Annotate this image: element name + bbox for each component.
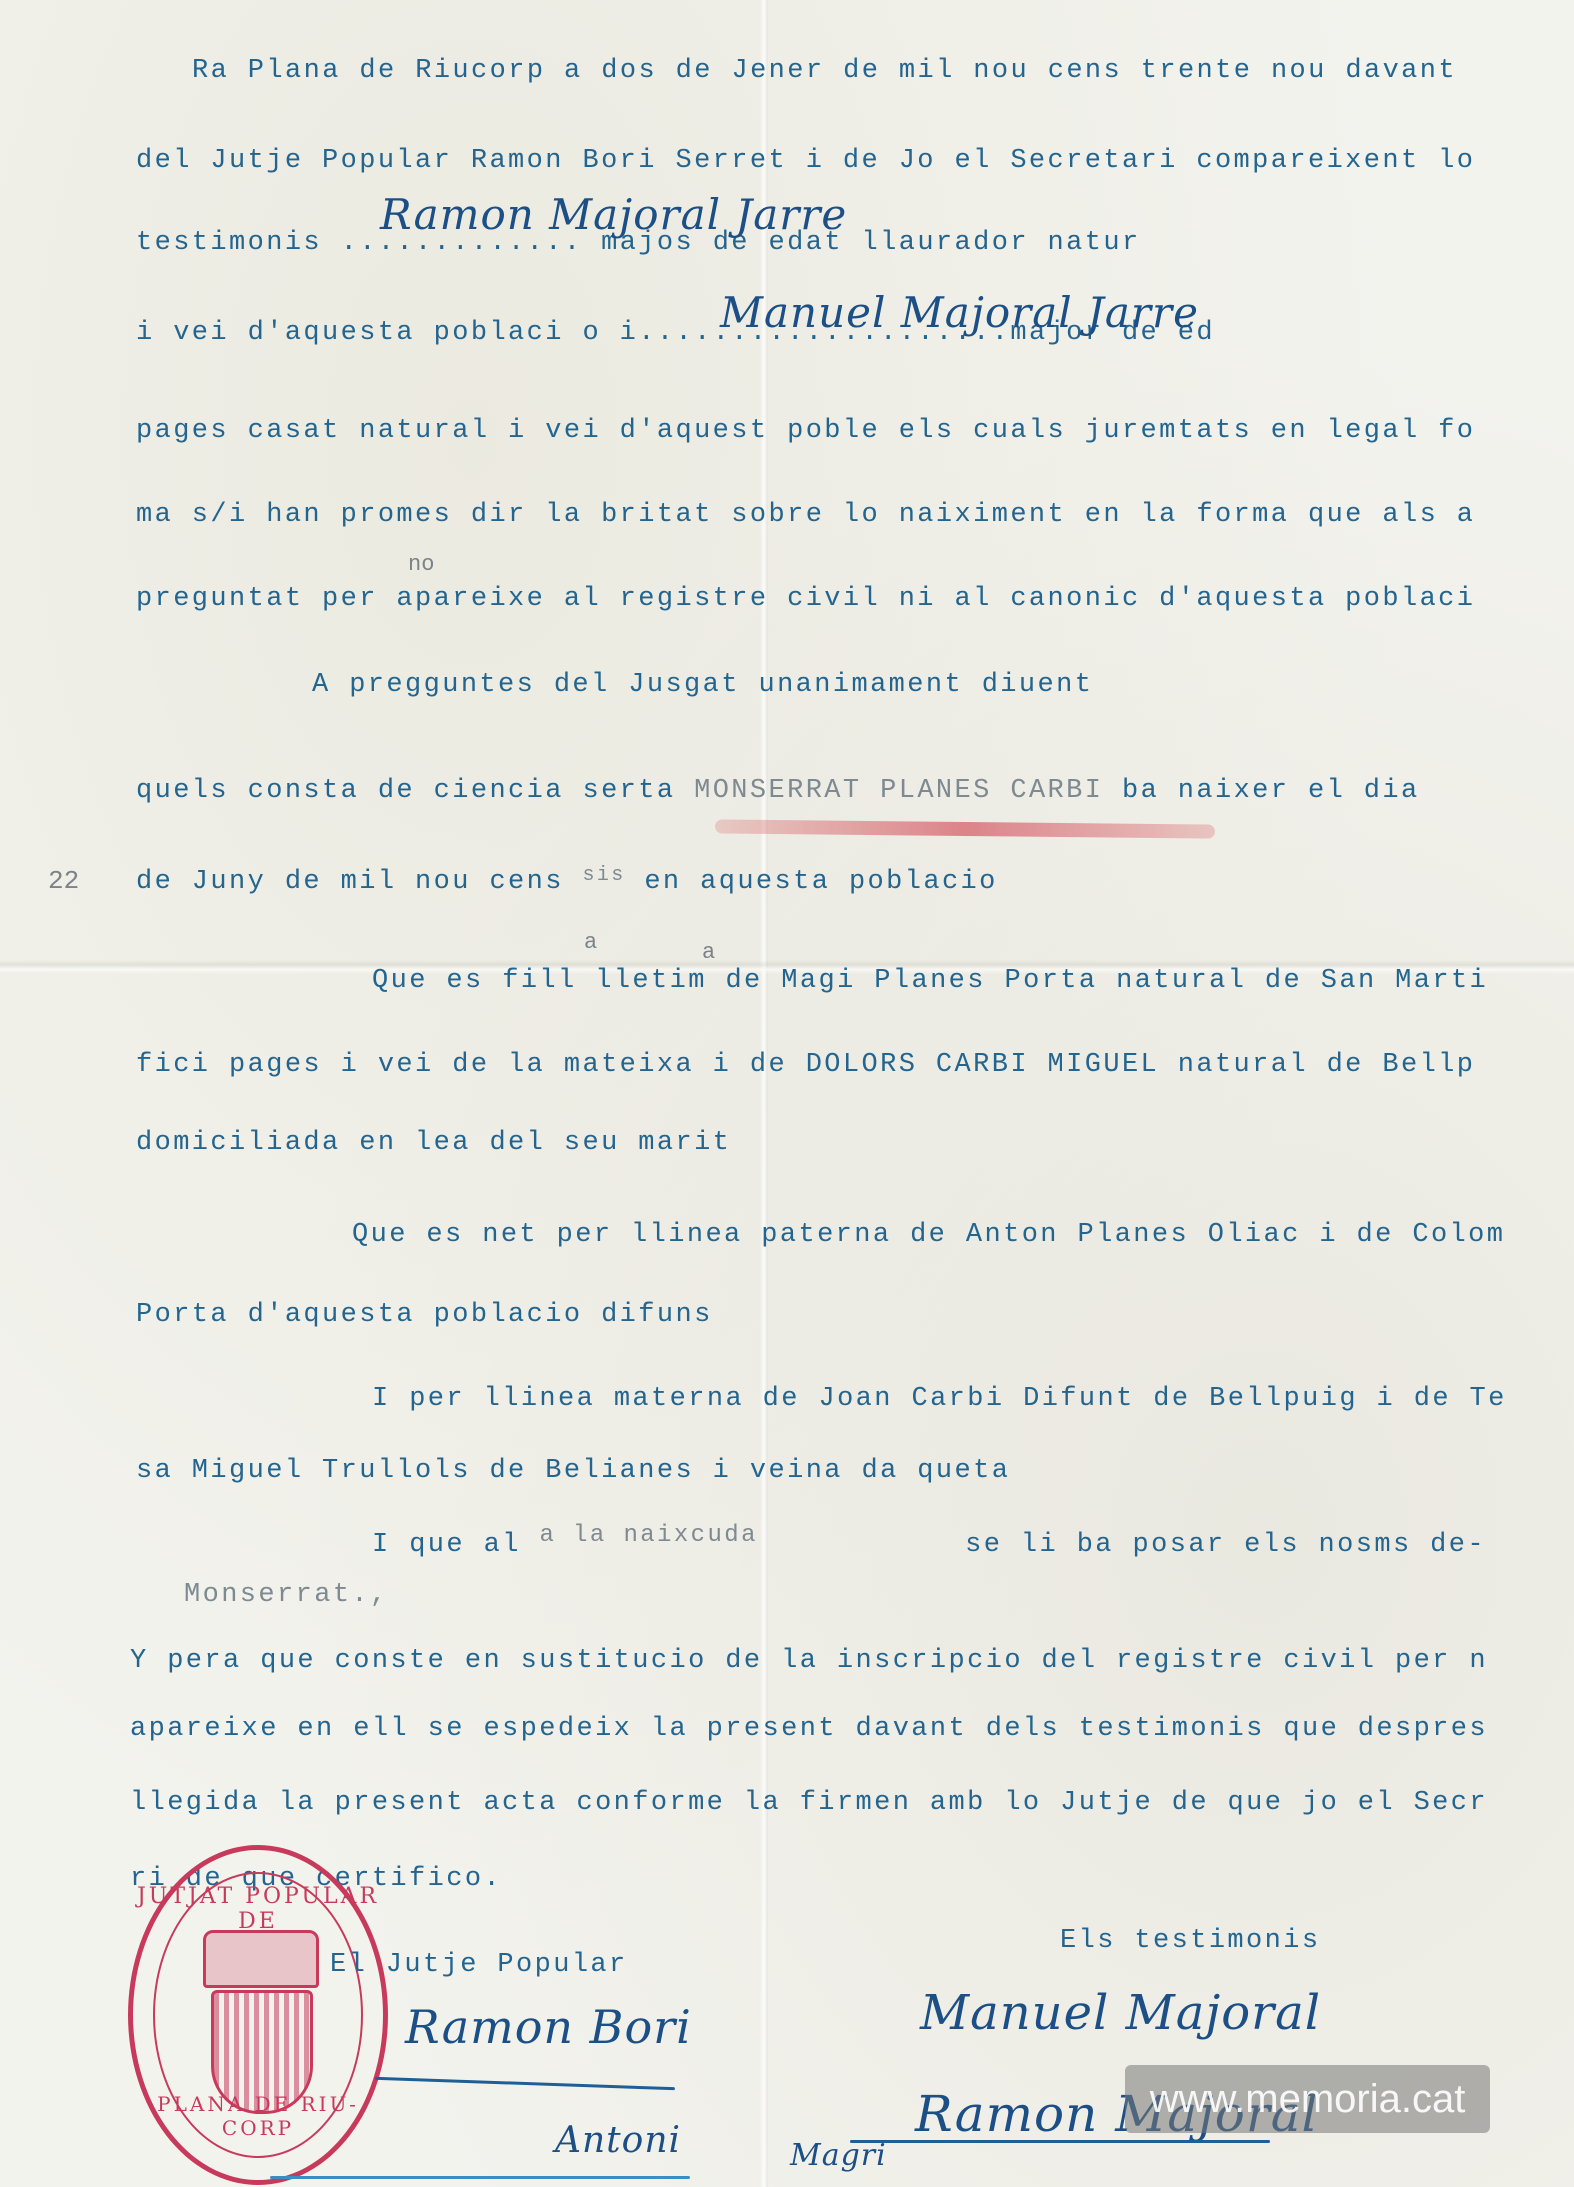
stamp-bottom-text: PLANA DE RIU-CORP [133,2092,383,2140]
text-line-5: pages casat natural i vei d'aquest poble… [136,416,1475,446]
stamp-top-text: JUTJAT POPULAR DE [133,1884,383,1934]
text-line-10: de Juny de mil nou cens sis en aquesta p… [136,864,998,897]
text-line-2: del Jutje Popular Ramon Bori Serret i de… [136,146,1475,176]
judge-signature: Ramon Bori [405,2000,692,2054]
crown-icon [203,1930,319,1988]
text-line-14: Que es net per llinea paterna de Anton P… [352,1220,1505,1250]
signature-flourish [270,2176,690,2179]
child-name: MONSERRAT PLANES CARBI [694,776,1103,806]
other-signature-2: Magri [790,2138,887,2173]
interlinear-note-a2: a [702,940,715,965]
line-9-suffix: ba naixer el dia [1122,776,1420,806]
text-line-20: Y pera que conste en sustitucio de la in… [130,1646,1488,1676]
text-line-21: apareixe en ell se espedeix la present d… [130,1714,1488,1744]
interlinear-note-no: no [408,552,434,577]
handwritten-witness-2: Manuel Majoral Jarre [720,288,1199,337]
text-line-13: domiciliada en lea del seu marit [136,1128,731,1158]
line-18-prefix: I que al [372,1530,521,1560]
interlinear-insert: a la naixcuda [539,1522,757,1549]
line-10-text: de Juny de mil nou cens [136,867,564,897]
watermark: www.memoria.cat [1125,2065,1490,2133]
handwritten-witness-1: Ramon Majoral Jarre [380,190,847,239]
witnesses-label: Els testimonis [1060,1926,1320,1956]
text-line-22: llegida la present acta conforme la firm… [130,1788,1488,1818]
text-line-17: sa Miguel Trullols de Belianes i veina d… [136,1456,1010,1486]
court-stamp: JUTJAT POPULAR DE PLANA DE RIU-CORP [128,1845,388,2185]
text-line-11: Que es fill lletim de Magi Planes Porta … [372,966,1488,996]
witness-signature-1: Manuel Majoral [920,1985,1321,2041]
year-word: sis [582,864,625,887]
red-pencil-underline [715,819,1215,838]
text-line-7: preguntat per apareixe al registre civil… [136,584,1475,614]
line-9-text: quels consta de ciencia serta [136,776,675,806]
signature-flourish [375,2077,675,2090]
other-signature-1: Antoni [555,2120,681,2161]
text-line-1: Ra Plana de Riucorp a dos de Jener de mi… [192,56,1457,86]
line-4-prefix: i vei d'aquesta poblaci o i... [136,318,694,348]
interlinear-note-a1: a [584,930,597,955]
text-line-16: I per llinea materna de Joan Carbi Difun… [372,1384,1507,1414]
line-10-suffix: en aquesta poblacio [644,867,997,897]
text-line-9: quels consta de ciencia serta MONSERRAT … [136,776,1420,806]
line-3-prefix: testimonis .. [136,228,378,258]
text-line-12: fici pages i vei de la mateixa i de DOLO… [136,1050,1475,1080]
text-line-19: Monserrat., [184,1580,389,1610]
judge-label: El Jutje Popular [330,1950,628,1980]
signature-flourish [850,2140,1270,2143]
line-18-suffix: se li ba posar els nosms de- [965,1530,1486,1560]
text-line-6: ma s/i han promes dir la britat sobre lo… [136,500,1475,530]
margin-number: 22 [48,866,79,896]
text-line-15: Porta d'aquesta poblacio difuns [136,1300,713,1330]
text-line-18: I que al a la naixcuda se li ba posar el… [372,1522,1486,1560]
text-line-8: A pregguntes del Jusgat unanimament diue… [312,670,1093,700]
